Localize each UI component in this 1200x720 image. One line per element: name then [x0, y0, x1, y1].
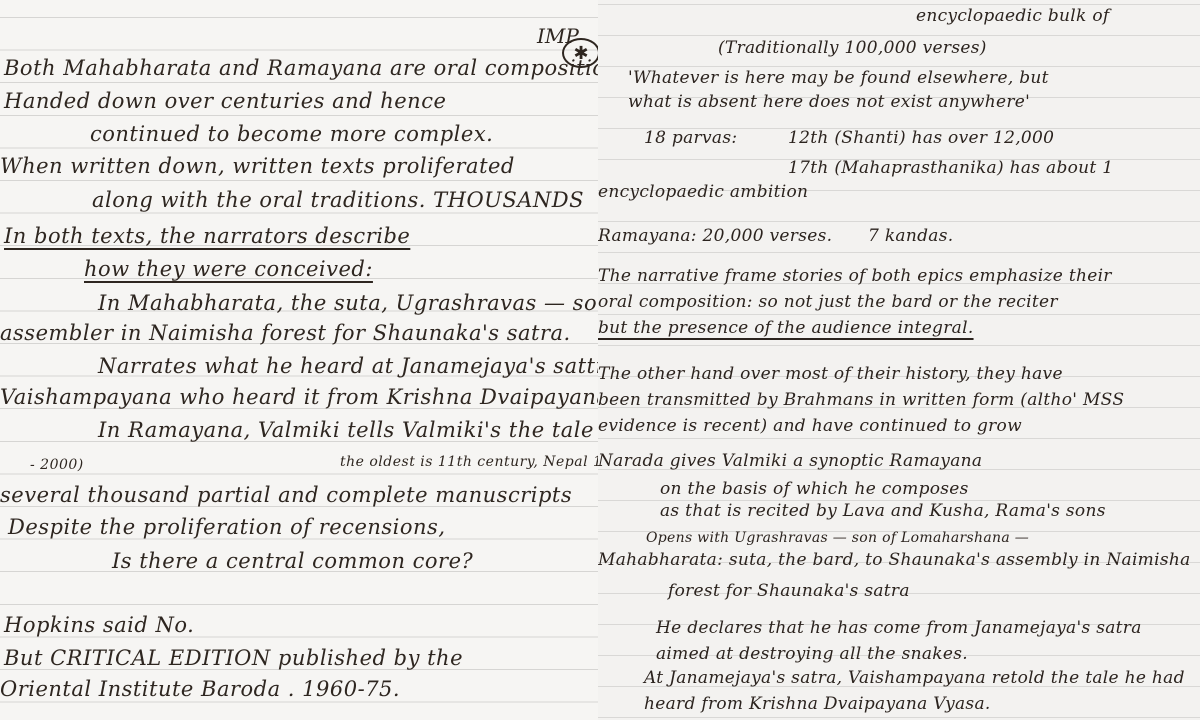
- notebook-spread: IMP ✱ Both Mahabharata and Ramayana are …: [0, 0, 1200, 720]
- note-oldest-manuscript: the oldest is 11th century, Nepal 1020: [340, 455, 598, 469]
- note-line: Vaishampayana who heard it from Krishna …: [0, 387, 598, 408]
- note-line: Despite the proliferation of recensions,: [8, 517, 446, 538]
- note-line: He declares that he has come from Janame…: [656, 620, 1142, 637]
- note-audience-integral: but the presence of the audience integra…: [598, 320, 974, 337]
- note-line: encyclopaedic bulk of: [916, 8, 1109, 25]
- note-line: Narrates what he heard at Janamejaya's s…: [98, 356, 598, 377]
- note-line: At Janamejaya's satra, Vaishampayana ret…: [644, 670, 1185, 687]
- note-kandas: 7 kandas.: [868, 228, 953, 245]
- note-annotation: Opens with Ugrashravas — son of Lomahars…: [646, 531, 1029, 545]
- note-line: heard from Krishna Dvaipayana Vyasa.: [644, 696, 991, 713]
- left-notebook-page: IMP ✱ Both Mahabharata and Ramayana are …: [0, 0, 598, 720]
- note-quote: what is absent here does not exist anywh…: [628, 94, 1030, 111]
- note-date-annotation: - 2000): [30, 458, 84, 472]
- note-line: When written down, written texts prolife…: [0, 156, 515, 177]
- note-line: Both Mahabharata and Ramayana are oral c…: [4, 58, 598, 79]
- note-line: Narada gives Valmiki a synoptic Ramayana: [598, 453, 982, 470]
- note-line: oral composition: so not just the bard o…: [598, 294, 1058, 311]
- note-heading-conceived: how they were conceived:: [84, 259, 373, 280]
- note-parvas-label: 18 parvas:: [644, 130, 737, 147]
- note-line: 17th (Mahaprasthanika) has about 1: [788, 160, 1113, 177]
- note-line: encyclopaedic ambition: [598, 184, 808, 201]
- note-line: In Ramayana, Valmiki tells Valmiki's the…: [98, 420, 594, 441]
- note-line: along with the oral traditions. THOUSAND…: [92, 190, 584, 211]
- note-line: Oriental Institute Baroda . 1960-75.: [0, 679, 400, 700]
- note-line: In Mahabharata, the suta, Ugrashravas — …: [98, 293, 598, 314]
- note-line: aimed at destroying all the snakes.: [656, 646, 968, 663]
- note-line: The narrative frame stories of both epic…: [598, 268, 1112, 285]
- note-line: (Traditionally 100,000 verses): [718, 40, 987, 57]
- note-line: 12th (Shanti) has over 12,000: [788, 130, 1054, 147]
- note-critical-edition: But CRITICAL EDITION published by the: [4, 648, 463, 669]
- note-line: continued to become more complex.: [90, 124, 493, 145]
- note-line: evidence is recent) and have continued t…: [598, 418, 1022, 435]
- note-line: assembler in Naimisha forest for Shaunak…: [0, 323, 571, 344]
- note-quote: 'Whatever is here may be found elsewhere…: [628, 70, 1049, 87]
- note-line: several thousand partial and complete ma…: [0, 485, 572, 506]
- note-line: Hopkins said No.: [4, 615, 194, 636]
- note-line: The other hand over most of their histor…: [598, 366, 1063, 383]
- note-ramayana-verses: Ramayana: 20,000 verses.: [598, 228, 832, 245]
- note-line: as that is recited by Lava and Kusha, Ra…: [660, 503, 1106, 520]
- note-line: Mahabharata: suta, the bard, to Shaunaka…: [598, 552, 1191, 569]
- note-line: forest for Shaunaka's satra: [668, 583, 910, 600]
- note-heading-narrators: In both texts, the narrators describe: [4, 226, 410, 247]
- right-notebook-page: encyclopaedic bulk of (Traditionally 100…: [598, 0, 1200, 720]
- note-line: on the basis of which he composes: [660, 481, 969, 498]
- note-question: Is there a central common core?: [112, 551, 473, 572]
- note-line: been transmitted by Brahmans in written …: [598, 392, 1124, 409]
- note-line: Handed down over centuries and hence: [4, 91, 446, 112]
